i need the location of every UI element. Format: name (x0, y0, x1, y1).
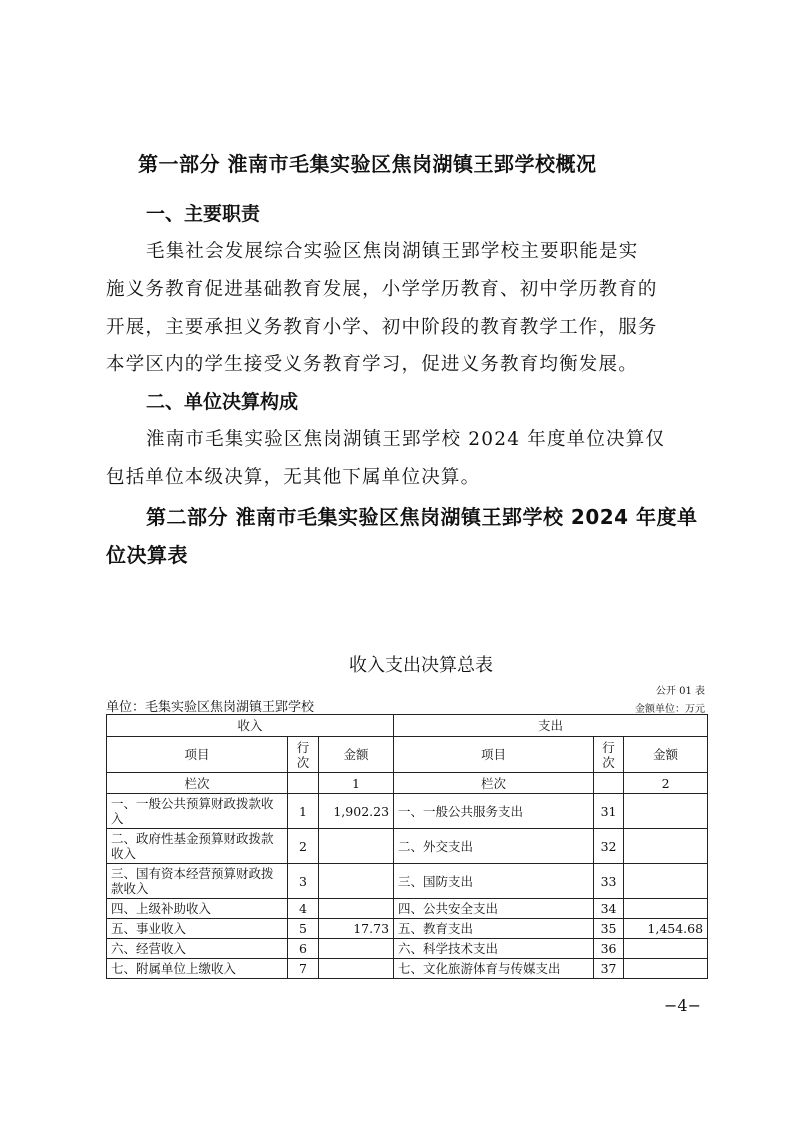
income-item: 四、上级补助收入 (107, 899, 288, 919)
income-amount (319, 864, 394, 899)
expense-index-empty (594, 773, 624, 794)
expense-amount (624, 939, 708, 959)
table-title: 收入支出决算总表 (349, 651, 493, 677)
income-amount (319, 939, 394, 959)
income-index-label: 栏次 (107, 773, 288, 794)
expense-item: 一、一般公共服务支出 (394, 794, 594, 829)
expense-amount (624, 864, 708, 899)
income-expense-table: 收入 支出 项目 行次 金额 项目 行次 金额 栏次 1 栏次 2 一、一般公共… (106, 714, 708, 979)
section2-line-1: 淮南市毛集实验区焦岗湖镇王郢学校 2024 年度单位决算仅 (146, 425, 665, 451)
part1-title: 第一部分 淮南市毛集实验区焦岗湖镇王郢学校概况 (138, 148, 596, 177)
table-row: 三、国有资本经营预算财政拨款收入 3 三、国防支出 33 (107, 864, 708, 899)
income-row-no: 2 (288, 829, 319, 864)
income-item: 六、经营收入 (107, 939, 288, 959)
table-row: 四、上级补助收入 4 四、公共安全支出 34 (107, 899, 708, 919)
income-column-number: 1 (319, 773, 394, 794)
income-amount (319, 829, 394, 864)
expense-item: 三、国防支出 (394, 864, 594, 899)
part2-title-line-2: 位决算表 (106, 539, 188, 568)
income-amount (319, 959, 394, 979)
expense-item: 二、外交支出 (394, 829, 594, 864)
section1-heading: 一、主要职责 (146, 199, 260, 226)
expense-amount: 1,454.68 (624, 919, 708, 939)
expense-row-no: 37 (594, 959, 624, 979)
page-number: −4− (664, 996, 701, 1015)
amount-unit: 金额单位：万元 (635, 700, 705, 715)
expense-row-no: 36 (594, 939, 624, 959)
expense-amount (624, 794, 708, 829)
table-row: 七、附属单位上缴收入 7 七、文化旅游体育与传媒支出 37 (107, 959, 708, 979)
expense-row-no: 31 (594, 794, 624, 829)
expense-column-number: 2 (624, 773, 708, 794)
expense-row-no: 34 (594, 899, 624, 919)
expense-amount-header: 金额 (624, 737, 708, 773)
expense-row-no: 32 (594, 829, 624, 864)
table-row: 二、政府性基金预算财政拨款收入 2 二、外交支出 32 (107, 829, 708, 864)
expense-row-header: 行次 (594, 737, 624, 773)
section1-line-1: 毛集社会发展综合实验区焦岗湖镇王郢学校主要职能是实 (146, 237, 639, 263)
income-row-header: 行次 (288, 737, 319, 773)
income-row-no: 1 (288, 794, 319, 829)
income-row-no: 6 (288, 939, 319, 959)
income-item: 五、事业收入 (107, 919, 288, 939)
income-row-no: 4 (288, 899, 319, 919)
expense-item: 五、教育支出 (394, 919, 594, 939)
income-amount: 1,902.23 (319, 794, 394, 829)
section1-line-4: 本学区内的学生接受义务教育学习，促进义务教育均衡发展。 (106, 350, 638, 376)
income-item: 二、政府性基金预算财政拨款收入 (107, 829, 288, 864)
expense-item: 七、文化旅游体育与传媒支出 (394, 959, 594, 979)
expense-row-no: 33 (594, 864, 624, 899)
income-index-empty (288, 773, 319, 794)
table-index-row: 栏次 1 栏次 2 (107, 773, 708, 794)
income-row-no: 7 (288, 959, 319, 979)
expense-group-header: 支出 (394, 715, 708, 737)
section1-line-2: 施义务教育促进基础教育发展，小学学历教育、初中学历教育的 (106, 275, 658, 301)
section2-line-2: 包括单位本级决算，无其他下属单位决算。 (106, 463, 480, 489)
table-group-header-row: 收入 支出 (107, 715, 708, 737)
income-item: 三、国有资本经营预算财政拨款收入 (107, 864, 288, 899)
table-column-header-row: 项目 行次 金额 项目 行次 金额 (107, 737, 708, 773)
income-amount (319, 899, 394, 919)
income-item-header: 项目 (107, 737, 288, 773)
income-amount-header: 金额 (319, 737, 394, 773)
section2-heading: 二、单位决算构成 (146, 387, 298, 414)
expense-amount (624, 959, 708, 979)
part2-title-line-1: 第二部分 淮南市毛集实验区焦岗湖镇王郢学校 2024 年度单 (146, 501, 698, 530)
income-item: 一、一般公共预算财政拨款收入 (107, 794, 288, 829)
table-row: 五、事业收入 5 17.73 五、教育支出 35 1,454.68 (107, 919, 708, 939)
expense-amount (624, 829, 708, 864)
expense-index-label: 栏次 (394, 773, 594, 794)
section1-line-3: 开展，主要承担义务教育小学、初中阶段的教育教学工作，服务 (106, 313, 658, 339)
expense-row-no: 35 (594, 919, 624, 939)
income-row-no: 5 (288, 919, 319, 939)
unit-label: 单位：毛集实验区焦岗湖镇王郢学校 (106, 696, 314, 715)
income-item: 七、附属单位上缴收入 (107, 959, 288, 979)
income-row-no: 3 (288, 864, 319, 899)
table-row: 六、经营收入 6 六、科学技术支出 36 (107, 939, 708, 959)
income-group-header: 收入 (107, 715, 394, 737)
income-amount: 17.73 (319, 919, 394, 939)
expense-item: 四、公共安全支出 (394, 899, 594, 919)
form-number: 公开 01 表 (656, 682, 705, 697)
table-row: 一、一般公共预算财政拨款收入 1 1,902.23 一、一般公共服务支出 31 (107, 794, 708, 829)
expense-item: 六、科学技术支出 (394, 939, 594, 959)
expense-item-header: 项目 (394, 737, 594, 773)
expense-amount (624, 899, 708, 919)
